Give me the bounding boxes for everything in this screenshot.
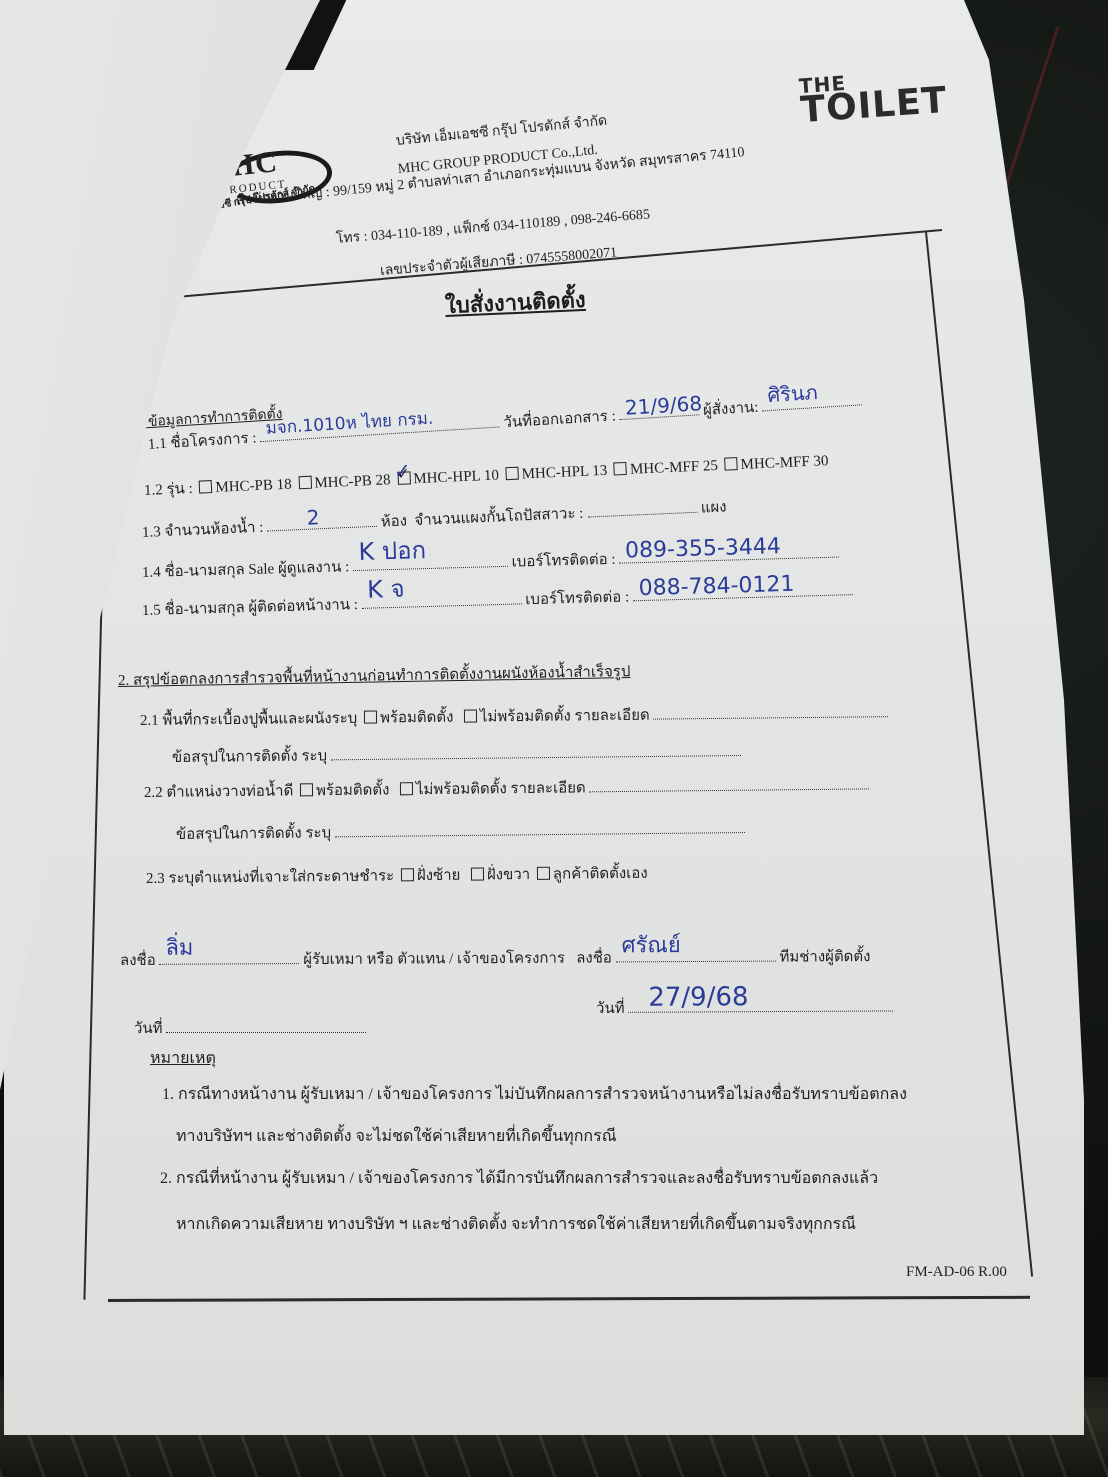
site-contact-value: K จ — [367, 569, 406, 609]
customer-install-option: ลูกค้าติดตั้งเอง — [553, 866, 648, 883]
right-side-checkbox[interactable] — [471, 867, 484, 880]
left-side-option: ฝั่งซ้าย — [417, 868, 461, 884]
remark-line: 2. กรณีที่หน้างาน ผู้รับเหมา / เจ้าของโค… — [160, 1166, 878, 1191]
ready-option: พร้อมติดตั้ง — [316, 782, 390, 799]
sale-phone-value: 089-355-3444 — [625, 534, 781, 563]
rooms-label: 1.3 จำนวนห้องน้ำ : — [142, 520, 264, 541]
urinal-field[interactable] — [587, 498, 698, 518]
tile-detail-field[interactable] — [653, 702, 888, 719]
pipe-summary-row: ข้อสรุปในการติดตั้ง ระบุ — [176, 816, 745, 846]
installer-date-field[interactable]: 27/9/68 — [628, 996, 893, 1012]
brand-large: TOILET — [800, 85, 949, 128]
section2-heading-text: 2. สรุปข้อตกลงการสำรวจพื้นที่หน้างานก่อน… — [118, 664, 631, 689]
pipe-row: 2.2 ตำแหน่งวางท่อน้ำดี พร้อมติดตั้ง ไม่พ… — [144, 772, 870, 804]
issue-date-value: 21/9/68 — [624, 391, 702, 420]
pen-check-icon: ✓ — [393, 458, 411, 484]
summary-label: ข้อสรุปในการติดตั้ง ระบุ — [176, 825, 331, 843]
sale-field[interactable]: K ปอก — [353, 552, 508, 571]
model-checkbox[interactable] — [298, 476, 312, 490]
form-code: FM-AD-06 R.00 — [906, 1264, 1007, 1281]
model-option: MHC-MFF 30 — [740, 453, 829, 473]
model-option: MHC-PB 18 — [215, 477, 292, 496]
tile-area-row: 2.1 พื้นที่กระเบื้องปูพื้นและผนังระบุ พร… — [140, 700, 889, 732]
remark-line: หากเกิดความเสียหาย ทางบริษัท ฯ และช่างติ… — [176, 1212, 856, 1237]
issue-date-field[interactable]: 21/9/68 — [619, 400, 700, 420]
not-ready-checkbox[interactable] — [464, 709, 477, 722]
installer-date-row: วันที่ 27/9/68 — [596, 994, 893, 1020]
ready-checkbox[interactable] — [364, 711, 377, 724]
remarks-heading: หมายเหตุ — [150, 1046, 216, 1071]
installer-sign-label: ลงชื่อ — [576, 950, 612, 966]
pipe-label: 2.2 ตำแหน่งวางท่อน้ำดี — [144, 783, 293, 801]
tile-summary-row: ข้อสรุปในการติดตั้ง ระบุ — [172, 739, 741, 769]
site-phone-label: เบอร์โทรติดต่อ : — [525, 589, 629, 608]
detail-label: รายละเอียด — [574, 708, 649, 725]
urinal-label: จำนวนแผงกั้นโถปัสสาวะ : — [414, 506, 584, 529]
model-option: MHC-PB 28 — [314, 472, 391, 491]
brand-logo: THE TOILET — [798, 67, 948, 127]
site-contact-label: 1.5 ชื่อ-นามสกุล ผู้ติดต่อหน้างาน : — [142, 597, 358, 619]
urinal-unit: แผง — [700, 499, 726, 516]
installer-date-label: วันที่ — [596, 1001, 625, 1017]
model-checkbox-checked[interactable]: ✓ — [397, 471, 411, 485]
site-contact-field[interactable]: K จ — [361, 589, 521, 608]
customer-install-checkbox[interactable] — [537, 867, 550, 880]
installer-role: ทีมช่างผู้ติดตั้ง — [779, 949, 870, 965]
contractor-date-field[interactable] — [166, 1018, 366, 1033]
ordered-by-label: ผู้สั่งงาน: — [703, 400, 759, 419]
site-phone-value: 088-784-0121 — [638, 572, 794, 601]
tile-summary-field[interactable] — [331, 741, 741, 760]
ready-checkbox[interactable] — [300, 783, 313, 796]
contractor-role: ผู้รับเหมา หรือ ตัวแทน / เจ้าของโครงการ — [303, 951, 565, 968]
sale-label: 1.4 ชื่อ-นามสกุล Sale ผู้ดูแลงาน : — [142, 559, 350, 581]
paper-holder-row: 2.3 ระบุตำแหน่งที่เจาะใส่กระดาษชำระ ฝั่ง… — [146, 861, 648, 890]
sale-phone-label: เบอร์โทรติดต่อ : — [511, 552, 615, 571]
form-title: ใบสั่งงานติดตั้ง — [444, 282, 586, 323]
ordered-by-field[interactable]: ศิรินภ — [762, 390, 863, 411]
contractor-date-label: วันที่ — [134, 1021, 163, 1037]
project-value: มจก.1010ห ไทย กรม. — [265, 405, 434, 442]
model-option: MHC-HPL 13 — [521, 463, 607, 483]
model-checkbox[interactable] — [614, 462, 628, 476]
model-checkbox[interactable] — [505, 467, 519, 481]
contractor-sign-label: ลงชื่อ — [120, 953, 156, 969]
project-field[interactable]: มจก.1010ห ไทย กรม. — [260, 413, 500, 443]
rooms-value: 2 — [306, 505, 320, 530]
rooms-unit: ห้อง — [380, 513, 407, 530]
installer-date-value: 27/9/68 — [648, 982, 748, 1013]
model-checkbox[interactable] — [724, 457, 738, 471]
form-border-right — [925, 232, 1033, 1277]
remark-line: 1. กรณีทางหน้างาน ผู้รับเหมา / เจ้าของโค… — [162, 1082, 907, 1107]
tile-area-label: 2.1 พื้นที่กระเบื้องปูพื้นและผนังระบุ — [140, 711, 357, 729]
section2-heading: 2. สรุปข้อตกลงการสำรวจพื้นที่หน้างานก่อน… — [118, 659, 631, 692]
signature-row: ลงชื่อ ลิ่ม ผู้รับเหมา หรือ ตัวแทน / เจ้… — [120, 944, 871, 972]
ready-option: พร้อมติดตั้ง — [380, 710, 454, 727]
contractor-date-row: วันที่ — [134, 1016, 366, 1040]
not-ready-option: ไม่พร้อมติดตั้ง — [480, 708, 571, 725]
sale-phone-field[interactable]: 089-355-3444 — [619, 543, 839, 564]
right-side-option: ฝั่งขวา — [487, 867, 530, 883]
project-label: 1.1 ชื่อโครงการ : — [148, 430, 257, 453]
ordered-by-value: ศิรินภ — [766, 376, 818, 411]
issue-date-label: วันที่ออกเอกสาร : — [503, 408, 616, 431]
installer-signature-field[interactable]: ศรัณย์ — [616, 947, 776, 963]
form-border-bottom — [108, 1296, 1030, 1302]
contractor-signature-field[interactable]: ลิ่ม — [159, 949, 299, 965]
remark-line: ทางบริษัทฯ และช่างติดตั้ง จะไม่ชดใช้ค่าเ… — [176, 1124, 617, 1149]
sale-value: K ปอก — [358, 530, 427, 571]
rooms-row: 1.3 จำนวนห้องน้ำ : 2 ห้อง จำนวนแผงกั้นโถ… — [141, 494, 727, 543]
installer-signature: ศรัณย์ — [622, 927, 681, 962]
not-ready-checkbox[interactable] — [400, 782, 413, 795]
model-option: MHC-HPL 10 — [413, 468, 499, 488]
model-checkbox[interactable] — [199, 480, 213, 494]
left-side-checkbox[interactable] — [401, 868, 414, 881]
model-option: MHC-MFF 25 — [630, 458, 719, 478]
site-contact-row: 1.5 ชื่อ-นามสกุล ผู้ติดต่อหน้างาน : K จ … — [142, 578, 853, 622]
rooms-field[interactable]: 2 — [267, 512, 378, 532]
contractor-signature: ลิ่ม — [165, 930, 193, 965]
model-label: 1.2 รุ่น : — [144, 481, 193, 499]
not-ready-option: ไม่พร้อมติดตั้ง — [416, 781, 507, 798]
detail-label: รายละเอียด — [510, 780, 585, 797]
paper-holder-label: 2.3 ระบุตำแหน่งที่เจาะใส่กระดาษชำระ — [146, 868, 394, 887]
pipe-detail-field[interactable] — [589, 774, 869, 792]
pipe-summary-field[interactable] — [335, 818, 745, 837]
summary-label: ข้อสรุปในการติดตั้ง ระบุ — [172, 748, 327, 766]
model-row: 1.2 รุ่น : MHC-PB 18 MHC-PB 28 ✓MHC-HPL … — [143, 448, 829, 502]
site-phone-field[interactable]: 088-784-0121 — [633, 580, 853, 601]
